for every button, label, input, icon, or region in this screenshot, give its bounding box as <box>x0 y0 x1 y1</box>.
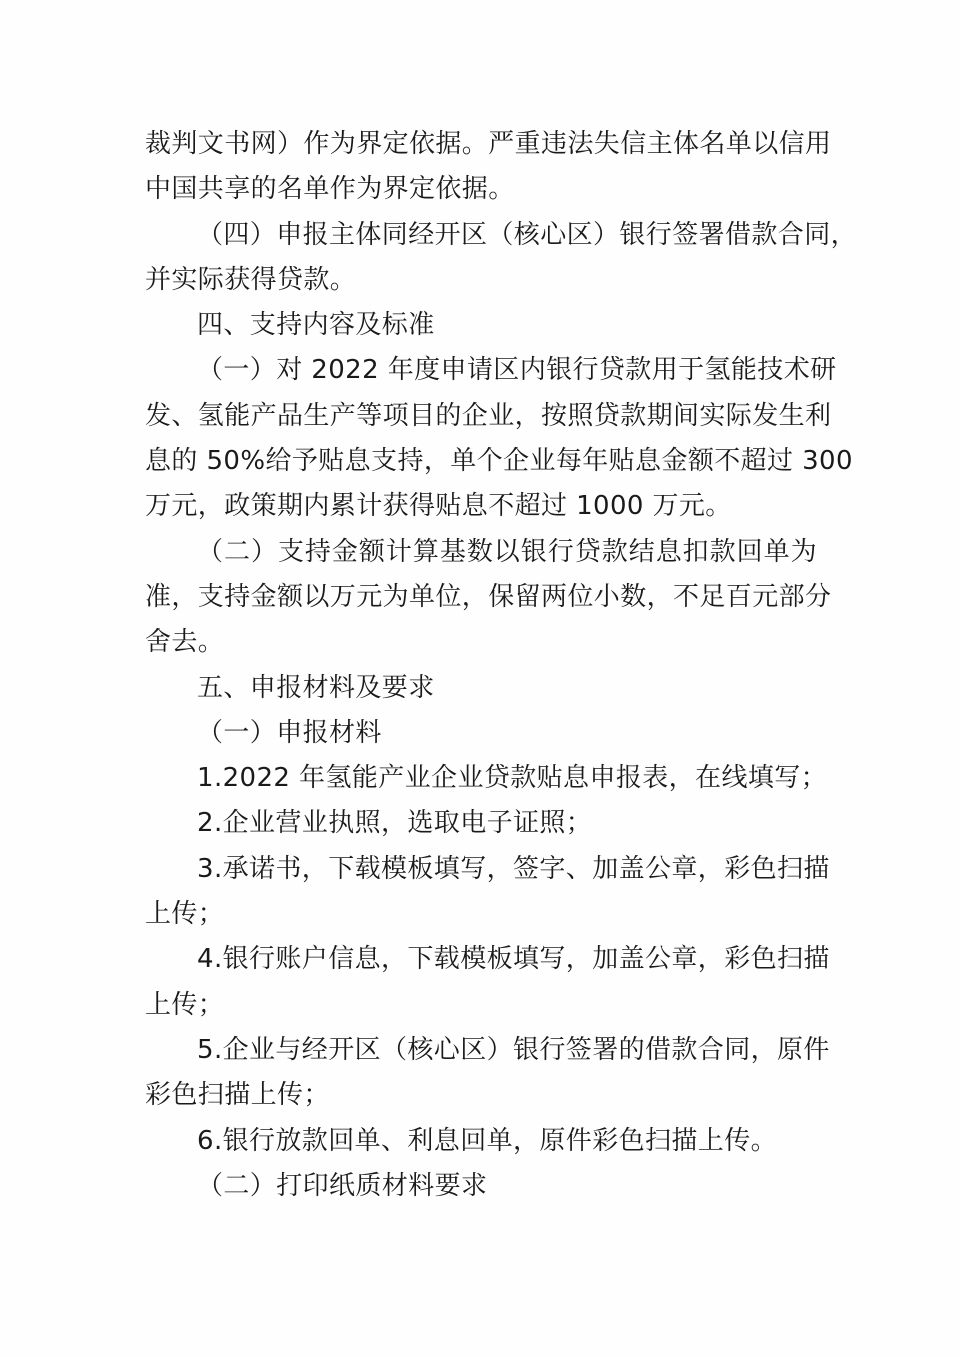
clause-1-support: （一）对 2022 年度申请区内银行贷款用于氢能技术研 <box>145 348 817 393</box>
document-page: 裁判文书网）作为界定依据。严重违法失信主体名单以信用 中国共享的名单作为界定依据… <box>0 0 960 1357</box>
material-item-4-cont: 上传； <box>145 983 817 1028</box>
material-item-6: 6.银行放款回单、利息回单，原件彩色扫描上传。 <box>145 1119 817 1164</box>
clause-2-calculation: （二）支持金额计算基数以银行贷款结息扣款回单为 <box>145 530 817 575</box>
text-line-11: 准，支持金额以万元为单位，保留两位小数，不足百元部分 <box>145 575 817 620</box>
material-item-5-cont: 彩色扫描上传； <box>145 1073 817 1118</box>
material-item-3: 3.承诺书，下载模板填写，签字、加盖公章，彩色扫描 <box>145 847 817 892</box>
text-line-4: 并实际获得贷款。 <box>145 258 817 303</box>
material-item-1: 1.2022 年氢能产业企业贷款贴息申报表，在线填写； <box>145 756 817 801</box>
subheading-application-materials: （一）申报材料 <box>145 711 817 756</box>
clause-4-requirement: （四）申报主体同经开区（核心区）银行签署借款合同， <box>145 213 817 258</box>
text-line-12: 舍去。 <box>145 620 817 665</box>
material-item-2: 2.企业营业执照，选取电子证照； <box>145 801 817 846</box>
document-body: 裁判文书网）作为界定依据。严重违法失信主体名单以信用 中国共享的名单作为界定依据… <box>145 122 817 1209</box>
subheading-paper-materials: （二）打印纸质材料要求 <box>145 1164 817 1209</box>
text-line-8: 息的 50%给予贴息支持，单个企业每年贴息金额不超过 300 <box>145 439 817 484</box>
section-heading-support-content: 四、支持内容及标准 <box>145 303 817 348</box>
section-heading-materials: 五、申报材料及要求 <box>145 666 817 711</box>
material-item-4: 4.银行账户信息，下载模板填写，加盖公章，彩色扫描 <box>145 937 817 982</box>
text-line-1: 裁判文书网）作为界定依据。严重违法失信主体名单以信用 <box>145 122 817 167</box>
material-item-3-cont: 上传； <box>145 892 817 937</box>
material-item-5: 5.企业与经开区（核心区）银行签署的借款合同，原件 <box>145 1028 817 1073</box>
text-line-9: 万元，政策期内累计获得贴息不超过 1000 万元。 <box>145 484 817 529</box>
text-line-7: 发、氢能产品生产等项目的企业，按照贷款期间实际发生利 <box>145 394 817 439</box>
text-line-2: 中国共享的名单作为界定依据。 <box>145 167 817 212</box>
